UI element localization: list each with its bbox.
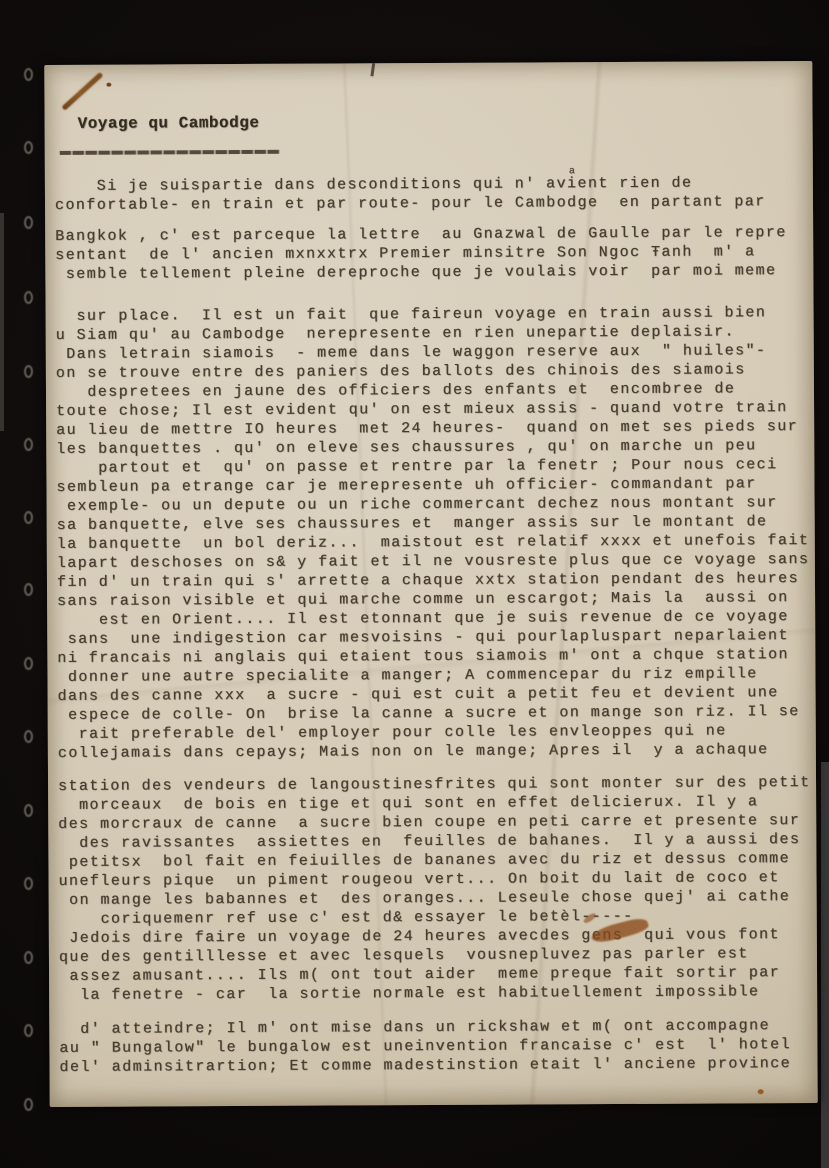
ink-stroke-mark xyxy=(62,72,104,111)
paragraph-4: station des vendeurs de langoustinesfrit… xyxy=(58,773,812,1005)
binding-hole xyxy=(24,730,33,743)
scan-edge-artifact-right xyxy=(821,762,829,1168)
binding-hole xyxy=(24,1098,33,1111)
rust-spot xyxy=(758,1089,764,1094)
typewritten-page: Voyage qu Cambodge Si je suispartie dans… xyxy=(44,61,817,1107)
binding-hole xyxy=(24,583,33,596)
superscript-correction: a xyxy=(569,166,575,177)
binding-hole xyxy=(24,1024,33,1037)
paragraph-2: Bangkok , c' est parceque la lettre au G… xyxy=(55,223,787,284)
scan-edge-artifact-left xyxy=(0,213,4,431)
binding-hole xyxy=(24,291,33,304)
binding-hole xyxy=(24,216,33,229)
binding-hole xyxy=(24,365,33,378)
top-edge-mark xyxy=(370,63,375,76)
paragraph-5: d' atteindre; Il m' ont mise dans un ric… xyxy=(59,1016,791,1077)
page-title: Voyage qu Cambodge xyxy=(78,114,260,133)
paragraph-3: sur place. Il est un fait que faireun vo… xyxy=(56,303,811,763)
binding-hole xyxy=(24,877,33,890)
binding-hole xyxy=(24,141,33,154)
binding-hole xyxy=(24,511,33,524)
binding-hole xyxy=(24,951,33,964)
ink-dot-mark xyxy=(106,83,111,87)
title-underline xyxy=(60,150,280,155)
binding-hole xyxy=(24,438,33,451)
binding-hole xyxy=(24,68,33,81)
binding-hole xyxy=(24,804,33,817)
scan-background: Voyage qu Cambodge Si je suispartie dans… xyxy=(0,0,829,1168)
binding-hole xyxy=(24,657,33,670)
paragraph-1: Si je suispartie dans desconditions qui … xyxy=(55,173,766,215)
